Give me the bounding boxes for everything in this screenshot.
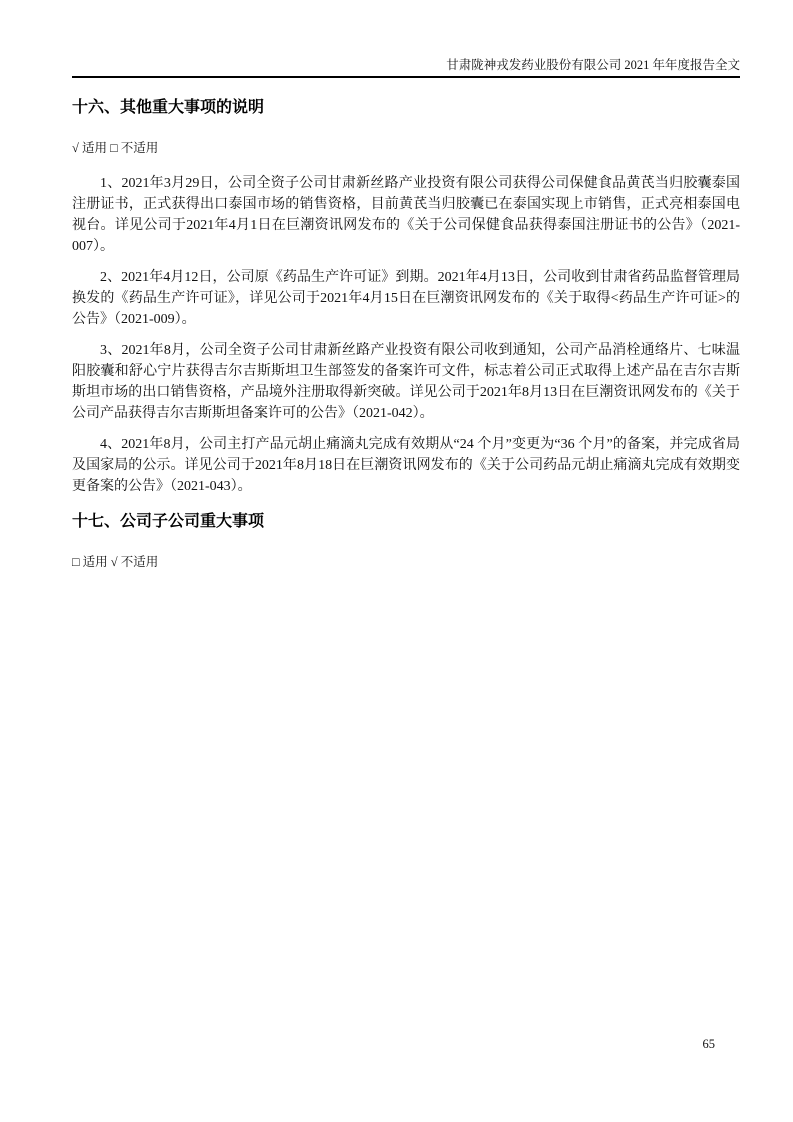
section-16-applicability: √ 适用 □ 不适用 [72,139,740,157]
section-17-applicability: □ 适用 √ 不适用 [72,553,740,571]
section-16-paragraph-3: 3、2021年8月，公司全资子公司甘肃新丝路产业投资有限公司收到通知，公司产品消… [72,340,740,424]
section-17-title: 十七、公司子公司重大事项 [72,511,740,533]
report-header-title: 甘肃陇神戎发药业股份有限公司 2021 年年度报告全文 [72,57,740,74]
section-16-paragraph-1: 1、2021年3月29日，公司全资子公司甘肃新丝路产业投资有限公司获得公司保健食… [72,173,740,257]
document-page: 甘肃陇神戎发药业股份有限公司 2021 年年度报告全文 十六、其他重大事项的说明… [0,0,793,1122]
page-header: 甘肃陇神戎发药业股份有限公司 2021 年年度报告全文 [72,0,740,78]
page-content: 十六、其他重大事项的说明 √ 适用 □ 不适用 1、2021年3月29日，公司全… [72,78,740,587]
section-16-paragraph-2: 2、2021年4月12日，公司原《药品生产许可证》到期。2021年4月13日，公… [72,267,740,330]
section-16-title: 十六、其他重大事项的说明 [72,97,740,119]
section-16-paragraph-4: 4、2021年8月，公司主打产品元胡止痛滴丸完成有效期从“24 个月”变更为“3… [72,434,740,497]
page-number: 65 [0,1037,715,1052]
